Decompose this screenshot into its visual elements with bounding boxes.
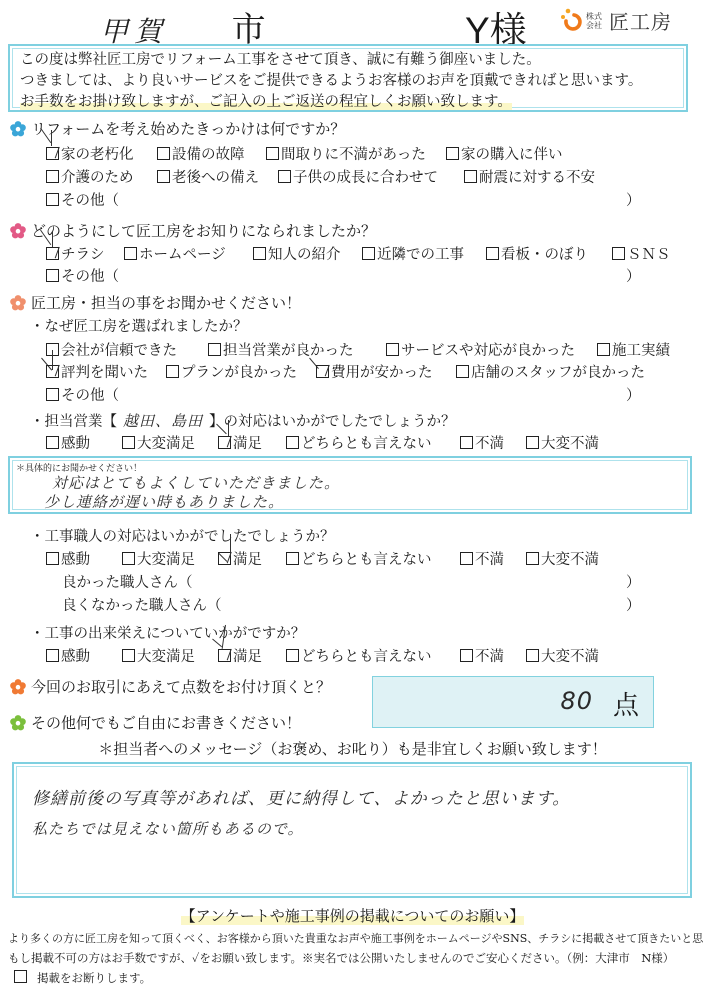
option-label: 評判を聞いた (61, 365, 148, 381)
message-title: ＊担当者へのメッセージ（お褒め、お叱り）も是非宜しくお願い致します！ (0, 738, 705, 759)
publication-title: 【アンケートや施工事例の掲載についてのお願い】 (0, 905, 705, 926)
option-label: 大変不満 (541, 436, 599, 452)
flower-icon (10, 295, 26, 311)
option-q1-3[interactable]: 家の購入に伴い (446, 144, 563, 166)
option-label: どちらとも言えない (301, 436, 432, 452)
checkbox[interactable] (157, 170, 170, 183)
option-q1-other[interactable]: その他（ (46, 190, 119, 212)
close-paren: ） (626, 190, 641, 212)
checkbox[interactable] (286, 552, 299, 565)
bad-craftsmen-label: 良くなかった職人さん（ (62, 598, 222, 614)
flower-icon (10, 121, 26, 137)
checkbox[interactable] (526, 552, 539, 565)
checkbox[interactable] (526, 436, 539, 449)
checkbox[interactable] (386, 343, 399, 356)
option-sales-0[interactable]: 感動 (46, 433, 90, 455)
option-why-6[interactable]: 費用が安かった (316, 362, 433, 384)
checkbox[interactable] (456, 365, 469, 378)
logo-mark-icon (560, 8, 582, 34)
option-sales-5[interactable]: 大変不満 (526, 433, 599, 455)
option-label: 家の老朽化 (61, 147, 134, 163)
option-why-1[interactable]: 担当営業が良かった (208, 340, 354, 362)
checkbox[interactable] (316, 365, 329, 378)
option-label: 満足 (233, 436, 262, 452)
flower-icon (10, 715, 26, 731)
checkbox[interactable] (253, 247, 266, 260)
q2-title: どのようにして匠工房をお知りになられましたか？ (10, 220, 376, 242)
option-label: 不満 (475, 552, 504, 568)
option-label: どちらとも言えない (301, 649, 432, 665)
option-quality-2[interactable]: 満足 (218, 646, 262, 668)
option-label: 会社が信頼できた (61, 343, 177, 359)
checkbox[interactable] (362, 247, 375, 260)
option-label: 大変不満 (541, 649, 599, 665)
score-unit: 点 (613, 685, 639, 722)
option-label: 担当営業が良かった (223, 343, 354, 359)
option-label: チラシ (61, 247, 105, 263)
option-why-3[interactable]: 施工実績 (597, 340, 670, 362)
checkbox[interactable] (46, 170, 59, 183)
sales-title-prefix: ・担当営業【 (30, 414, 117, 430)
option-q2-2[interactable]: 知人の紹介 (253, 244, 341, 266)
checkbox[interactable] (46, 247, 59, 260)
option-label: 耐震に対する不安 (479, 170, 595, 186)
option-label: 店舗のスタッフが良かった (471, 365, 645, 381)
option-craft-4[interactable]: 不満 (460, 549, 504, 571)
option-label: 子供の成長に合わせて (293, 170, 438, 186)
option-label: 知人の紹介 (268, 247, 341, 263)
checkbox[interactable] (122, 649, 135, 662)
checkbox[interactable] (46, 552, 59, 565)
option-q1-1[interactable]: 設備の故障 (157, 144, 245, 166)
option-label: 不満 (475, 649, 504, 665)
option-label: 大変満足 (137, 436, 195, 452)
message-box[interactable]: 修繕前後の写真等があれば、更に納得して、よかったと思います。 私たちでは見えない… (12, 762, 692, 898)
decline-checkbox[interactable] (14, 970, 27, 983)
close-paren: ） (626, 266, 641, 288)
option-q2-other[interactable]: その他（ (46, 266, 119, 288)
bad-craftsmen-field[interactable]: 良くなかった職人さん（ ） (62, 595, 682, 617)
option-craft-1[interactable]: 大変満足 (122, 549, 195, 571)
option-why-2[interactable]: サービスや対応が良かった (386, 340, 575, 362)
option-q2-5[interactable]: ＳＮＳ (612, 244, 671, 266)
option-label: 家の購入に伴い (461, 147, 563, 163)
checkbox[interactable] (612, 247, 625, 260)
checkbox[interactable] (46, 193, 59, 206)
sales-title-suffix: 】の対応はいかがでしたでしょうか？ (209, 414, 456, 430)
q2-title-text: どのようにして匠工房をお知りになられましたか？ (31, 220, 376, 242)
score-box[interactable]: 80 点 (372, 676, 654, 728)
option-label: 満足 (233, 649, 262, 665)
company-logo: 株式会社 匠工房 (560, 6, 672, 35)
decline-publication-option[interactable]: 掲載をお断りします。 (14, 969, 151, 987)
option-q1-7[interactable]: 耐震に対する不安 (464, 167, 595, 189)
option-quality-1[interactable]: 大変満足 (122, 646, 195, 668)
checkbox[interactable] (218, 649, 231, 662)
flower-icon (10, 223, 26, 239)
intro-line-1: この度は弊社匠工房でリフォーム工事をさせて頂き、誠に有難う御座いました。 (20, 50, 676, 71)
option-label: その他（ (61, 269, 119, 285)
option-q2-0[interactable]: チラシ (46, 244, 105, 266)
comment-line-2: 少し連絡が遅い時もありました。 (44, 491, 284, 512)
checkbox[interactable] (208, 343, 221, 356)
option-q1-6[interactable]: 子供の成長に合わせて (278, 167, 438, 189)
option-sales-4[interactable]: 不満 (460, 433, 504, 455)
sales-comment-box[interactable]: ＊具体的にお聞かせください！ 対応はとてもよくしていただきました。 少し連絡が遅… (8, 456, 692, 514)
option-sales-3[interactable]: どちらとも言えない (286, 433, 432, 455)
free-title-text: その他何でもご自由にお書きください！ (31, 712, 301, 734)
option-label: 満足 (233, 552, 262, 568)
option-label: 感動 (61, 552, 90, 568)
option-q2-4[interactable]: 看板・のぼり (486, 244, 588, 266)
checkbox[interactable] (46, 269, 59, 282)
score-title: 今回のお取引にあえて点数をお付け頂くと？ (10, 676, 331, 698)
comment-line-1: 対応はとてもよくしていただきました。 (52, 472, 340, 493)
message-line-1: 修繕前後の写真等があれば、更に納得して、よかったと思います。 (32, 784, 570, 809)
option-craft-3[interactable]: どちらとも言えない (286, 549, 432, 571)
option-label: 不満 (475, 436, 504, 452)
why-title: ・なぜ匠工房を選ばれましたか？ (30, 316, 248, 338)
checkbox[interactable] (218, 436, 231, 449)
option-craft-0[interactable]: 感動 (46, 549, 90, 571)
option-q1-5[interactable]: 老後への備え (157, 167, 259, 189)
sales-names-handwritten: 越田、島田 (123, 412, 203, 430)
option-label: その他（ (61, 388, 119, 404)
option-craft-2[interactable]: 満足 (218, 549, 262, 571)
q1-title: リフォームを考え始めたきっかけは何ですか？ (10, 118, 345, 140)
q1-title-text: リフォームを考え始めたきっかけは何ですか？ (31, 118, 345, 140)
checkbox[interactable] (446, 147, 459, 160)
option-why-5[interactable]: プランが良かった (166, 362, 297, 384)
option-label: どちらとも言えない (301, 552, 432, 568)
quality-title: ・工事の出来栄えについていかがですか？ (30, 623, 305, 645)
option-label: ＳＮＳ (627, 247, 671, 263)
score-title-text: 今回のお取引にあえて点数をお付け頂くと？ (31, 676, 331, 698)
option-label: 近隣での工事 (377, 247, 464, 263)
checkbox[interactable] (486, 247, 499, 260)
checkbox[interactable] (286, 649, 299, 662)
option-quality-0[interactable]: 感動 (46, 646, 90, 668)
option-why-other[interactable]: その他（ (46, 385, 119, 407)
logo-kabushiki: 株式会社 (586, 12, 606, 30)
craftsmen-title: ・工事職人の対応はいかがでしたでしょうか？ (30, 526, 335, 548)
close-paren: ） (626, 385, 641, 407)
option-why-4[interactable]: 評判を聞いた (46, 362, 148, 384)
publication-line-1: より多くの方に匠工房を知って頂くべく、お客様から頂いた貴重なお声や施工事例をホー… (8, 930, 705, 948)
option-label: 大変満足 (137, 552, 195, 568)
logo-name: 匠工房 (609, 6, 672, 35)
option-label: ホームページ (139, 247, 226, 263)
checkbox[interactable] (124, 247, 137, 260)
checkbox[interactable] (218, 552, 231, 565)
option-label: 大変不満 (541, 552, 599, 568)
intro-line-2: つきましては、より良いサービスをご提供できるようお客様のお声を頂戴できればと思い… (20, 71, 676, 92)
option-q1-4[interactable]: 介護のため (46, 167, 134, 189)
checkbox[interactable] (46, 365, 59, 378)
option-label: 感動 (61, 649, 90, 665)
option-q2-3[interactable]: 近隣での工事 (362, 244, 464, 266)
option-quality-5[interactable]: 大変不満 (526, 646, 599, 668)
intro-box: この度は弊社匠工房でリフォーム工事をさせて頂き、誠に有難う御座いました。 つきま… (8, 44, 688, 112)
option-label: サービスや対応が良かった (401, 343, 575, 359)
publication-line-2: もし掲載不可の方はお手数ですが、✓をお願い致します。※実名では公開いたしませんの… (8, 949, 674, 967)
publication-title-text: 【アンケートや施工事例の掲載についてのお願い】 (181, 907, 525, 925)
flower-icon (10, 679, 26, 695)
checkbox[interactable] (46, 147, 59, 160)
close-paren: ） (626, 572, 641, 594)
checkbox[interactable] (166, 365, 179, 378)
close-paren: ） (626, 595, 641, 617)
checkbox[interactable] (597, 343, 610, 356)
option-label: 設備の故障 (172, 147, 245, 163)
checkbox[interactable] (460, 436, 473, 449)
checkbox[interactable] (122, 436, 135, 449)
intro-line-3: お手数をお掛け致しますが、ご記入の上ご返送の程宜しくお願い致します。 (20, 94, 512, 110)
good-craftsmen-field[interactable]: 良かった職人さん（ ） (62, 572, 682, 594)
decline-label: 掲載をお断りします。 (37, 971, 151, 985)
option-why-0[interactable]: 会社が信頼できた (46, 340, 177, 362)
option-label: 感動 (61, 436, 90, 452)
option-sales-2[interactable]: 満足 (218, 433, 262, 455)
q3-title: 匠工房・担当の事をお聞かせください！ (10, 292, 301, 314)
checkbox[interactable] (460, 649, 473, 662)
checkbox[interactable] (46, 388, 59, 401)
checkbox[interactable] (266, 147, 279, 160)
option-quality-3[interactable]: どちらとも言えない (286, 646, 432, 668)
checkbox[interactable] (286, 436, 299, 449)
option-label: 間取りに不満があった (281, 147, 426, 163)
sales-title: ・担当営業【越田、島田】の対応はいかがでしたでしょうか？ (30, 410, 456, 433)
score-value: 80 (560, 687, 593, 715)
option-q1-2[interactable]: 間取りに不満があった (266, 144, 426, 166)
option-label: 施工実績 (612, 343, 670, 359)
checkbox[interactable] (46, 649, 59, 662)
option-label: 介護のため (61, 170, 134, 186)
option-quality-4[interactable]: 不満 (460, 646, 504, 668)
option-label: 看板・のぼり (501, 247, 588, 263)
checkbox[interactable] (46, 436, 59, 449)
option-why-7[interactable]: 店舗のスタッフが良かった (456, 362, 645, 384)
checkbox[interactable] (157, 147, 170, 160)
checkbox[interactable] (278, 170, 291, 183)
option-label: その他（ (61, 193, 119, 209)
free-title: その他何でもご自由にお書きください！ (10, 712, 301, 734)
good-craftsmen-label: 良かった職人さん（ (62, 575, 193, 591)
checkbox[interactable] (460, 552, 473, 565)
checkbox[interactable] (464, 170, 477, 183)
option-label: 老後への備え (172, 170, 259, 186)
option-label: プランが良かった (181, 365, 297, 381)
q3-title-text: 匠工房・担当の事をお聞かせください！ (31, 292, 301, 314)
checkbox[interactable] (122, 552, 135, 565)
option-craft-5[interactable]: 大変不満 (526, 549, 599, 571)
option-q2-1[interactable]: ホームページ (124, 244, 226, 266)
option-sales-1[interactable]: 大変満足 (122, 433, 195, 455)
option-q1-0[interactable]: 家の老朽化 (46, 144, 134, 166)
option-label: 費用が安かった (331, 365, 433, 381)
message-line-2: 私たちでは見えない箇所もあるので。 (32, 818, 304, 839)
option-label: 大変満足 (137, 649, 195, 665)
checkbox[interactable] (526, 649, 539, 662)
